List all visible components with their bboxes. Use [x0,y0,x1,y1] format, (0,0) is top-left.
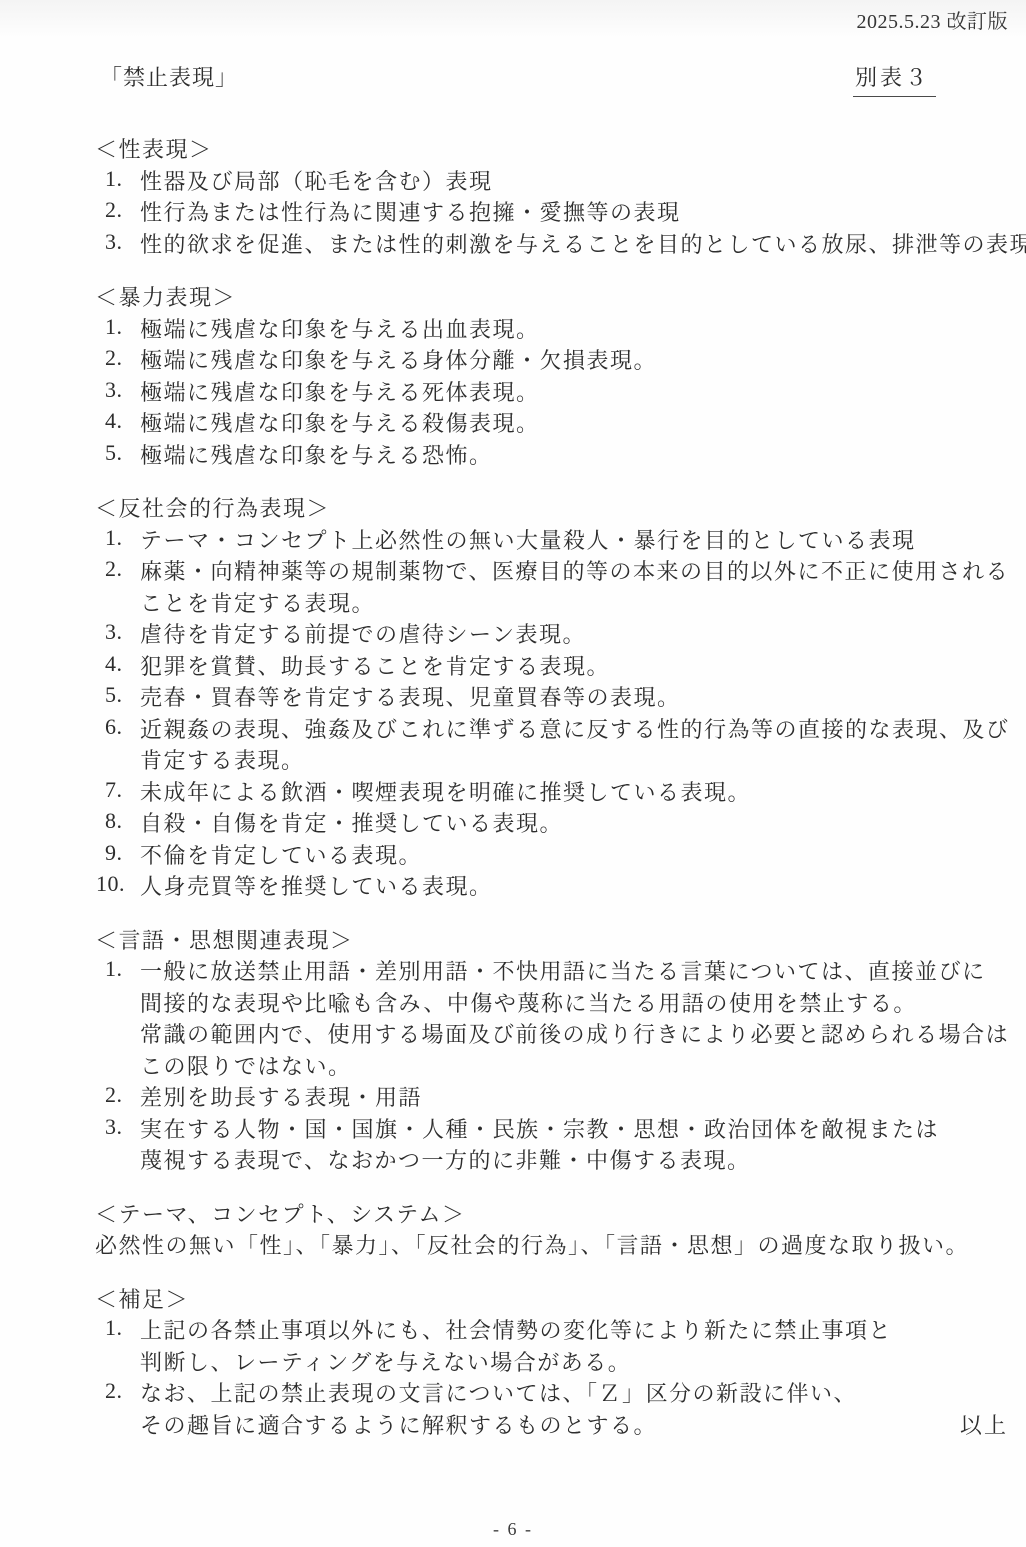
item-number: 1. [105,956,140,1082]
item-number: 5. [105,440,140,472]
item-line: 極端に残虐な印象を与える死体表現。 [140,377,1008,409]
list-item: 2.極端に残虐な印象を与える身体分離・欠損表現。 [95,345,1008,377]
item-text: 差別を助長する表現・用語 [140,1082,1008,1114]
item-line: 近親姦の表現、強姦及びこれに準ずる意に反する性的行為等の直接的な表現、及び [140,714,1008,746]
item-line: 肯定する表現。 [140,745,1008,777]
list-item: 3.極端に残虐な印象を与える死体表現。 [95,377,1008,409]
item-line: 極端に残虐な印象を与える殺傷表現。 [140,408,1008,440]
item-number: 5. [105,682,140,714]
item-line: ことを肯定する表現。 [140,588,1008,620]
list-item: 3.虐待を肯定する前提での虐待シーン表現。 [95,619,1008,651]
title-row: 「禁止表現」 別表３ [95,62,1008,97]
item-line: 性的欲求を促進、または性的刺激を与えることを目的としている放尿、排泄等の表現 [140,229,1008,261]
list-item: 5.売春・買春等を肯定する表現、児童買春等の表現。 [95,682,1008,714]
item-number: 8. [105,808,140,840]
list-item: 1.上記の各禁止事項以外にも、社会情勢の変化等により新たに禁止事項と判断し、レー… [95,1315,1008,1378]
list-item: 9.不倫を肯定している表現。 [95,840,1008,872]
item-line: 一般に放送禁止用語・差別用語・不快用語に当たる言葉については、直接並びに [140,956,1008,988]
item-text: 未成年による飲酒・喫煙表現を明確に推奨している表現。 [140,777,1008,809]
scanned-document-page: { "header": { "revision": "2025.5.23 改訂版… [0,0,1026,1547]
list-item: 3.実在する人物・国・国旗・人種・民族・宗教・思想・政治団体を敵視または蔑視する… [95,1114,1008,1177]
list-item: 7.未成年による飲酒・喫煙表現を明確に推奨している表現。 [95,777,1008,809]
list-item: 6.近親姦の表現、強姦及びこれに準ずる意に反する性的行為等の直接的な表現、及び肯… [95,714,1008,777]
item-line: なお、上記の禁止表現の文言については、「Ｚ」区分の新設に伴い、 [140,1378,1008,1410]
item-number: 2. [105,1082,140,1114]
list-item: 2.なお、上記の禁止表現の文言については、「Ｚ」区分の新設に伴い、その趣旨に適合… [95,1378,1008,1441]
closing-label: 以上 [960,1410,1008,1442]
item-number: 2. [105,556,140,619]
item-line: 蔑視する表現で、なおかつ一方的に非難・中傷する表現。 [140,1145,1008,1177]
section-heading: ＜反社会的行為表現＞ [95,493,1008,525]
document-title: 「禁止表現」 [100,62,238,94]
item-line: テーマ・コンセプト上必然性の無い大量殺人・暴行を目的としている表現 [140,525,1008,557]
item-text: 麻薬・向精神薬等の規制薬物で、医療目的等の本来の目的以外に不正に使用されることを… [140,556,1008,619]
section: ＜性表現＞1.性器及び局部（恥毛を含む）表現2.性行為または性行為に関連する抱擁… [95,134,1008,260]
item-line: 性行為または性行為に関連する抱擁・愛撫等の表現 [140,197,1008,229]
list-item: 1.極端に残虐な印象を与える出血表現。 [95,314,1008,346]
item-text: 極端に残虐な印象を与える殺傷表現。 [140,408,1008,440]
item-line: 自殺・自傷を肯定・推奨している表現。 [140,808,1008,840]
item-line: 判断し、レーティングを与えない場合がある。 [140,1347,1008,1379]
item-text: 自殺・自傷を肯定・推奨している表現。 [140,808,1008,840]
section-heading: ＜補足＞ [95,1284,1008,1316]
section: ＜テーマ、コンセプト、システム＞必然性の無い「性」、「暴力」、「反社会的行為」、… [95,1199,1008,1262]
item-number: 2. [105,1378,140,1441]
item-text: 犯罪を賞賛、助長することを肯定する表現。 [140,651,1008,683]
document-page: 2025.5.23 改訂版 「禁止表現」 別表３ ＜性表現＞1.性器及び局部（恥… [0,0,1026,1547]
item-text: 実在する人物・国・国旗・人種・民族・宗教・思想・政治団体を敵視または蔑視する表現… [140,1114,1008,1177]
item-number: 6. [105,714,140,777]
item-line: 麻薬・向精神薬等の規制薬物で、医療目的等の本来の目的以外に不正に使用される [140,556,1008,588]
item-text: 売春・買春等を肯定する表現、児童買春等の表現。 [140,682,1008,714]
document-sections: ＜性表現＞1.性器及び局部（恥毛を含む）表現2.性行為または性行為に関連する抱擁… [95,134,1008,1441]
item-line: 犯罪を賞賛、助長することを肯定する表現。 [140,651,1008,683]
item-text: 極端に残虐な印象を与える死体表現。 [140,377,1008,409]
item-number: 3. [105,377,140,409]
item-text: 性行為または性行為に関連する抱擁・愛撫等の表現 [140,197,1008,229]
paragraph-line: 必然性の無い「性」、「暴力」、「反社会的行為」、「言語・思想」の過度な取り扱い。 [95,1230,1008,1262]
section-heading: ＜テーマ、コンセプト、システム＞ [95,1199,1008,1231]
item-number: 2. [105,197,140,229]
item-text: なお、上記の禁止表現の文言については、「Ｚ」区分の新設に伴い、その趣旨に適合する… [140,1378,1008,1441]
item-text: 不倫を肯定している表現。 [140,840,1008,872]
item-line: 実在する人物・国・国旗・人種・民族・宗教・思想・政治団体を敵視または [140,1114,1008,1146]
item-text: 極端に残虐な印象を与える恐怖。 [140,440,1008,472]
item-text: 近親姦の表現、強姦及びこれに準ずる意に反する性的行為等の直接的な表現、及び肯定す… [140,714,1008,777]
item-number: 2. [105,345,140,377]
list-item: 1.テーマ・コンセプト上必然性の無い大量殺人・暴行を目的としている表現 [95,525,1008,557]
item-number: 3. [105,229,140,261]
item-number: 4. [105,651,140,683]
item-line: 売春・買春等を肯定する表現、児童買春等の表現。 [140,682,1008,714]
item-line: その趣旨に適合するように解釈するものとする。以上 [140,1410,1008,1442]
item-line: 間接的な表現や比喩も含み、中傷や蔑称に当たる用語の使用を禁止する。 [140,988,1008,1020]
item-line-text: その趣旨に適合するように解釈するものとする。 [140,1410,657,1442]
item-line: 上記の各禁止事項以外にも、社会情勢の変化等により新たに禁止事項と [140,1315,1008,1347]
item-number: 7. [105,777,140,809]
page-number: - 6 - [0,1519,1026,1540]
item-line: 極端に残虐な印象を与える恐怖。 [140,440,1008,472]
item-text: 性的欲求を促進、または性的刺激を与えることを目的としている放尿、排泄等の表現 [140,229,1008,261]
list-item: 3.性的欲求を促進、または性的刺激を与えることを目的としている放尿、排泄等の表現 [95,229,1008,261]
revision-date: 2025.5.23 改訂版 [95,8,1008,36]
annex-label: 別表３ [853,62,936,97]
list-item: 8.自殺・自傷を肯定・推奨している表現。 [95,808,1008,840]
list-item: 1.性器及び局部（恥毛を含む）表現 [95,166,1008,198]
item-number: 3. [105,619,140,651]
section: ＜反社会的行為表現＞1.テーマ・コンセプト上必然性の無い大量殺人・暴行を目的とし… [95,493,1008,903]
item-number: 4. [105,408,140,440]
section: ＜言語・思想関連表現＞1.一般に放送禁止用語・差別用語・不快用語に当たる言葉につ… [95,925,1008,1177]
item-line: 性器及び局部（恥毛を含む）表現 [140,166,1008,198]
item-line: 極端に残虐な印象を与える身体分離・欠損表現。 [140,345,1008,377]
item-number: 1. [105,166,140,198]
list-item: 2.性行為または性行為に関連する抱擁・愛撫等の表現 [95,197,1008,229]
item-number: 10. [96,871,140,903]
list-item: 1.一般に放送禁止用語・差別用語・不快用語に当たる言葉については、直接並びに間接… [95,956,1008,1082]
item-number: 1. [105,314,140,346]
list-item: 2.差別を助長する表現・用語 [95,1082,1008,1114]
item-line: 不倫を肯定している表現。 [140,840,1008,872]
list-item: 5.極端に残虐な印象を与える恐怖。 [95,440,1008,472]
item-text: 虐待を肯定する前提での虐待シーン表現。 [140,619,1008,651]
item-text: 極端に残虐な印象を与える身体分離・欠損表現。 [140,345,1008,377]
list-item: 10.人身売買等を推奨している表現。 [95,871,1008,903]
item-text: 極端に残虐な印象を与える出血表現。 [140,314,1008,346]
section: ＜補足＞1.上記の各禁止事項以外にも、社会情勢の変化等により新たに禁止事項と判断… [95,1284,1008,1442]
section-heading: ＜性表現＞ [95,134,1008,166]
item-text: 性器及び局部（恥毛を含む）表現 [140,166,1008,198]
item-number: 3. [105,1114,140,1177]
section: ＜暴力表現＞1.極端に残虐な印象を与える出血表現。2.極端に残虐な印象を与える身… [95,282,1008,471]
list-item: 2.麻薬・向精神薬等の規制薬物で、医療目的等の本来の目的以外に不正に使用されるこ… [95,556,1008,619]
section-heading: ＜言語・思想関連表現＞ [95,925,1008,957]
item-line: 人身売買等を推奨している表現。 [140,871,1008,903]
item-line: 極端に残虐な印象を与える出血表現。 [140,314,1008,346]
list-item: 4.極端に残虐な印象を与える殺傷表現。 [95,408,1008,440]
item-text: 人身売買等を推奨している表現。 [140,871,1008,903]
item-number: 1. [105,525,140,557]
item-text: 一般に放送禁止用語・差別用語・不快用語に当たる言葉については、直接並びに間接的な… [140,956,1008,1082]
item-text: テーマ・コンセプト上必然性の無い大量殺人・暴行を目的としている表現 [140,525,1008,557]
item-number: 9. [105,840,140,872]
item-line: 未成年による飲酒・喫煙表現を明確に推奨している表現。 [140,777,1008,809]
item-line: 常識の範囲内で、使用する場面及び前後の成り行きにより必要と認められる場合は [140,1019,1008,1051]
item-line: 虐待を肯定する前提での虐待シーン表現。 [140,619,1008,651]
item-line: この限りではない。 [140,1051,1008,1083]
item-number: 1. [105,1315,140,1378]
list-item: 4.犯罪を賞賛、助長することを肯定する表現。 [95,651,1008,683]
section-heading: ＜暴力表現＞ [95,282,1008,314]
item-line: 差別を助長する表現・用語 [140,1082,1008,1114]
item-text: 上記の各禁止事項以外にも、社会情勢の変化等により新たに禁止事項と判断し、レーティ… [140,1315,1008,1378]
